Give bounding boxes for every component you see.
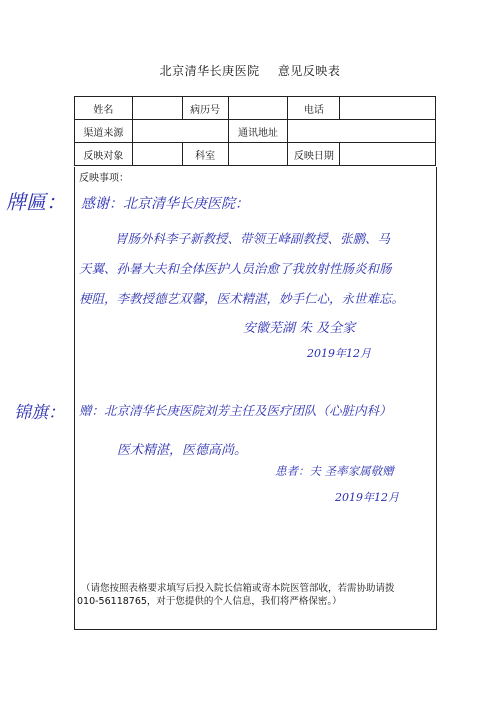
entry2-date: 2019年12月 xyxy=(335,489,399,505)
target-label: 反映对象 xyxy=(75,143,133,166)
record-label: 病历号 xyxy=(182,97,228,120)
entry2-line2: 医术精湛，医德高尚。 xyxy=(117,439,247,458)
plaque-side-label: 牌匾： xyxy=(6,186,66,215)
dept-field[interactable] xyxy=(228,143,288,166)
phone-label: 电话 xyxy=(288,97,340,120)
address-field[interactable] xyxy=(288,120,436,143)
feedback-form-table: 姓名 病历号 电话 渠道来源 通讯地址 反映对象 科室 反映日期 xyxy=(74,96,436,166)
entry1-salutation: 感谢：北京清华长庚医院： xyxy=(81,193,249,213)
entry1-signature: 安徽芜湖 朱 及全家 xyxy=(243,317,355,336)
channel-label: 渠道来源 xyxy=(75,120,133,143)
entry2-signature: 患者：夫 圣率家属敬赠 xyxy=(275,463,394,479)
footer-line-1: （请您按照表格要求填写后投入院长信箱或寄本院医管部收，若需协助请拨 xyxy=(77,582,438,595)
table-row: 反映对象 科室 反映日期 xyxy=(75,143,436,166)
date-field[interactable] xyxy=(340,143,436,166)
date-label: 反映日期 xyxy=(288,143,340,166)
target-field[interactable] xyxy=(132,143,182,166)
title-hospital: 北京清华长庚医院 xyxy=(160,64,260,78)
entry1-line1: 胃肠外科李子新教授、带领王峰副教授、张鹏、马 xyxy=(115,229,390,247)
feedback-label: 反映事项： xyxy=(79,169,129,184)
title-form: 意见反映表 xyxy=(278,64,341,78)
name-field[interactable] xyxy=(132,97,182,120)
document-title: 北京清华长庚医院 意见反映表 xyxy=(0,62,500,79)
banner-side-label: 锦旗： xyxy=(14,398,65,423)
phone-field[interactable] xyxy=(340,97,436,120)
footer-note: （请您按照表格要求填写后投入院长信箱或寄本院医管部收，若需协助请拨 010-56… xyxy=(75,582,438,608)
dept-label: 科室 xyxy=(182,143,228,166)
entry1-line3: 梗阻，李教授德艺双馨，医术精湛，妙手仁心，永世难忘。 xyxy=(79,289,404,307)
address-label: 通讯地址 xyxy=(228,120,288,143)
table-row: 姓名 病历号 电话 xyxy=(75,97,436,120)
record-field[interactable] xyxy=(228,97,288,120)
entry2-line1: 赠：北京清华长庚医院刘芳主任及医疗团队（心脏内科） xyxy=(79,401,392,419)
feedback-box: 反映事项： 感谢：北京清华长庚医院： 胃肠外科李子新教授、带领王峰副教授、张鹏、… xyxy=(74,167,437,630)
footer-line-2: 010-56118765，对于您提供的个人信息，我们将严格保密。） xyxy=(77,595,438,608)
name-label: 姓名 xyxy=(75,97,133,120)
entry1-line2: 天翼、孙暑大夫和全体医护人员治愈了我放射性肠炎和肠 xyxy=(79,259,392,277)
entry1-date: 2019年12月 xyxy=(307,345,371,361)
channel-field[interactable] xyxy=(132,120,228,143)
table-row: 渠道来源 通讯地址 xyxy=(75,120,436,143)
